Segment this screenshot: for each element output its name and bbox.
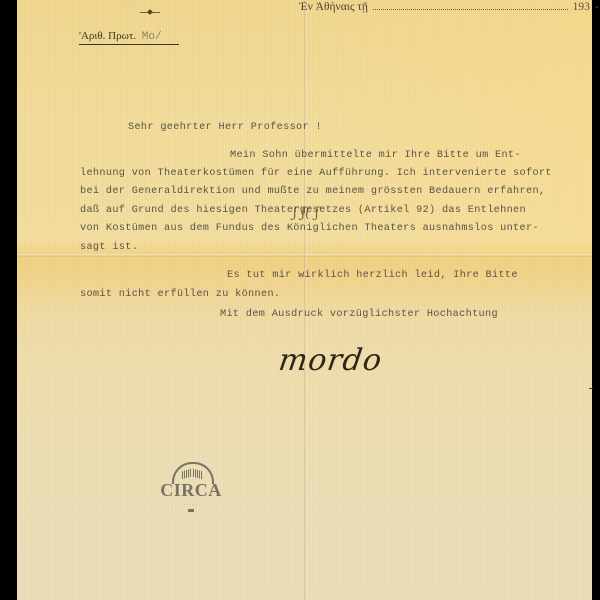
- letter-paper: · · · · · 'Αριθ. Πρωτ. Mo/ Ἐν Ἀθήναις τῇ…: [17, 0, 592, 600]
- watermark-tagline: · · · · · · · · · ·: [145, 503, 237, 507]
- year-suffix: -: [595, 1, 599, 13]
- closing-line: Mit dem Ausdruck vorzüglichster Hochacht…: [220, 309, 498, 320]
- body-line-1: Mein Sohn übermittelte mir Ihre Bitte um…: [230, 150, 521, 161]
- open-book-icon: [182, 470, 202, 478]
- reference-number-field: 'Αριθ. Πρωτ. Mo/: [79, 30, 179, 45]
- body-line-6: sagt ist.: [80, 242, 138, 253]
- body-line-3: bei der Generaldirektion und mußte zu me…: [80, 186, 545, 197]
- salutation: Sehr geehrter Herr Professor !: [128, 122, 322, 133]
- body-line-5: von Kostümen aus dem Fundus des Königlic…: [80, 223, 539, 234]
- date-value: 7. Dezember: [443, 0, 509, 1]
- watermark-mark-icon: [188, 509, 194, 512]
- place-date-line: Ἐν Ἀθήναις τῇ 7. Dezember 193 -: [299, 0, 599, 13]
- edge-mark: [589, 388, 593, 389]
- body-line-8: somit nicht erfüllen zu können.: [80, 289, 280, 300]
- circa-watermark: CIRCA · · · · · · · · · ·: [145, 442, 237, 524]
- vertical-fold: [304, 0, 307, 600]
- body-line-7: Es tut mir wirklich herzlich leid, Ihre …: [227, 270, 518, 281]
- letterhead-text: · · · · ·: [117, 0, 133, 6]
- pencil-annotation: ʃ ʃ( ʃ: [293, 205, 319, 221]
- horizontal-fold: [17, 254, 592, 257]
- place-date-label: Ἐν Ἀθήναις τῇ: [299, 1, 368, 13]
- year-prefix: 193: [573, 1, 590, 13]
- date-field: 7. Dezember: [373, 0, 568, 10]
- reference-label: 'Αριθ. Πρωτ.: [79, 30, 136, 42]
- paper-shade: [297, 0, 592, 255]
- body-line-2: lehnung von Theaterkostümen für eine Auf…: [80, 168, 552, 179]
- reference-number: Mo/: [142, 31, 162, 43]
- signature: mordo: [277, 343, 385, 378]
- watermark-brand: CIRCA: [145, 480, 237, 501]
- ornament-icon: [140, 12, 160, 15]
